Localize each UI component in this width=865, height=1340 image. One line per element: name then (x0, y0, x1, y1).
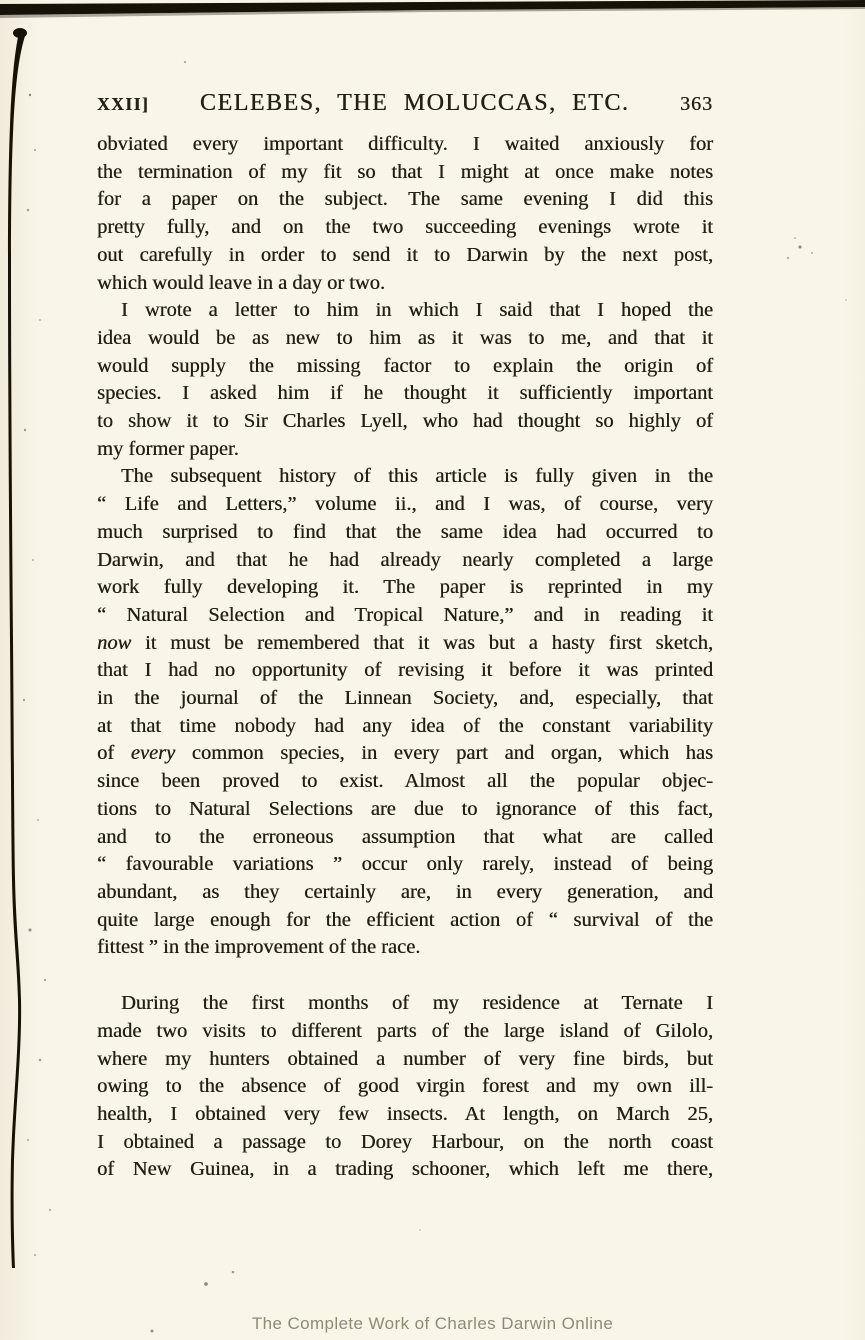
text-line: I obtained a passage to Dorey Harbour, o… (97, 1129, 713, 1157)
text-line: tions to Natural Selections are due to i… (97, 796, 713, 824)
scan-top-edge-decoration (0, 0, 865, 15)
text-line: abundant, as they certainly are, in ever… (97, 879, 713, 907)
scan-top-edge-fringe-decoration (0, 7, 865, 18)
text-line: at that time nobody had any idea of the … (97, 713, 713, 741)
text-line: of New Guinea, in a trading schooner, wh… (97, 1156, 713, 1184)
paragraph: obviated every important difficulty. I w… (97, 131, 713, 297)
text-line: “ Natural Selection and Tropical Nature,… (97, 602, 713, 630)
text-line: quite large enough for the efficient act… (97, 907, 713, 935)
text-line: which would leave in a day or two. (97, 270, 713, 298)
text-line: my former paper. (97, 436, 713, 464)
book-gutter-shadow-decoration (8, 28, 26, 1268)
scanned-book-page: XXII] CELEBES, THE MOLUCCAS, ETC. 363 ob… (0, 0, 865, 1340)
text-line: owing to the absence of good virgin fore… (97, 1073, 713, 1101)
text-line: “ favourable variations ” occur only rar… (97, 851, 713, 879)
paragraph: The subsequent history of this article i… (97, 463, 713, 962)
text-line: and to the erroneous assumption that wha… (97, 824, 713, 852)
text-line: species. I asked him if he thought it su… (97, 380, 713, 408)
page-body: obviated every important difficulty. I w… (97, 131, 713, 1184)
running-title: CELEBES, THE MOLUCCAS, ETC. (149, 90, 680, 117)
text-line: for a paper on the subject. The same eve… (97, 186, 713, 214)
paragraph: During the first months of my residence … (97, 990, 713, 1184)
text-line: the termination of my fit so that I migh… (97, 159, 713, 187)
text-line: now it must be remembered that it was bu… (97, 630, 713, 658)
paragraph: I wrote a letter to him in which I said … (97, 297, 713, 463)
text-line: that I had no opportunity of revising it… (97, 657, 713, 685)
text-line: The subsequent history of this article i… (97, 463, 713, 491)
text-line: much surprised to find that the same ide… (97, 519, 713, 547)
text-line: I wrote a letter to him in which I said … (97, 297, 713, 325)
text-line: to show it to Sir Charles Lyell, who had… (97, 408, 713, 436)
page-number: 363 (680, 93, 713, 116)
text-line: During the first months of my residence … (97, 990, 713, 1018)
text-line: since been proved to exist. Almost all t… (97, 768, 713, 796)
site-watermark: The Complete Work of Charles Darwin Onli… (0, 1314, 865, 1334)
text-line: idea would be as new to him as it was to… (97, 325, 713, 353)
text-line: where my hunters obtained a number of ve… (97, 1046, 713, 1074)
text-line: Darwin, and that he had already nearly c… (97, 547, 713, 575)
text-line: would supply the missing factor to expla… (97, 353, 713, 381)
text-line: of every common species, in every part a… (97, 740, 713, 768)
text-line: in the journal of the Linnean Society, a… (97, 685, 713, 713)
text-line: health, I obtained very few insects. At … (97, 1101, 713, 1129)
chapter-number: XXII] (97, 94, 149, 115)
gutter-ink-blob-decoration (13, 28, 27, 38)
text-line: obviated every important difficulty. I w… (97, 131, 713, 159)
page-header: XXII] CELEBES, THE MOLUCCAS, ETC. 363 (97, 90, 713, 117)
text-line: out carefully in order to send it to Dar… (97, 242, 713, 270)
text-line: made two visits to different parts of th… (97, 1018, 713, 1046)
text-line: work fully developing it. The paper is r… (97, 574, 713, 602)
text-line: fittest ” in the improvement of the race… (97, 934, 713, 962)
text-line: “ Life and Letters,” volume ii., and I w… (97, 491, 713, 519)
text-line: pretty fully, and on the two succeeding … (97, 214, 713, 242)
